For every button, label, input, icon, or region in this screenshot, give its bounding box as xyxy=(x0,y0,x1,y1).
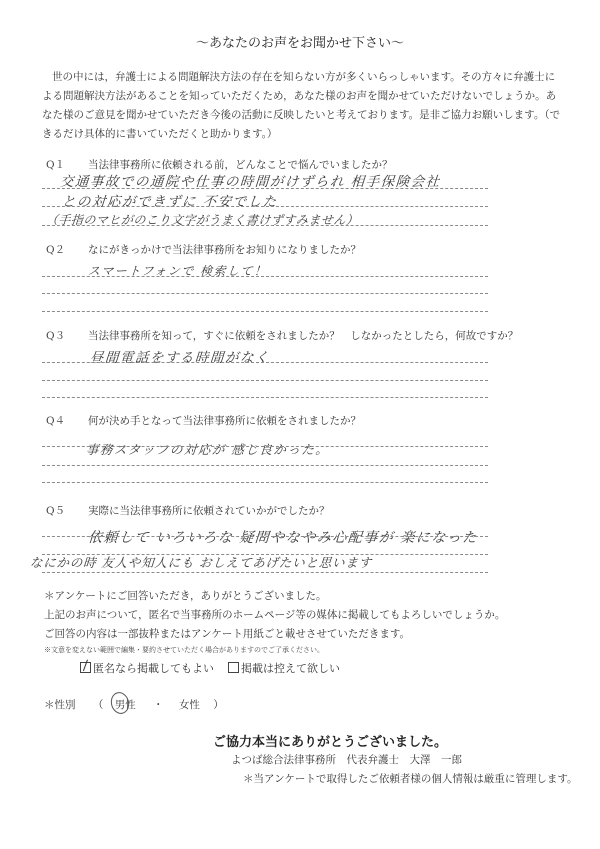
gender-option-male[interactable]: 男性 xyxy=(113,697,138,712)
q4-answer-rule-1 xyxy=(42,446,488,447)
checkbox-unchecked-icon[interactable] xyxy=(228,662,239,673)
q3-answer-rule-1 xyxy=(42,362,488,363)
q5-answer-line-1: 依頼して いろいろな 疑問やなやみ心配事が 楽になった xyxy=(87,527,478,547)
q4-answer-rule-2 xyxy=(42,465,488,466)
q4-number: Q４ xyxy=(46,413,65,428)
publish-option-decline[interactable]: 掲載は控えて欲しい xyxy=(228,660,340,676)
gender-option-male-label: 男性 xyxy=(115,697,136,712)
q3-text: 当法律事務所を知って，すぐに依頼をされましたか？ しなかったとしたら，何故ですか… xyxy=(88,328,518,343)
gender-open-paren: （ xyxy=(93,697,104,712)
firm-signature: よつば総合法律事務所 代表弁護士 大澤 一郎 xyxy=(231,752,462,767)
publish-option-anonymous-label: 匿名なら掲載してもよい xyxy=(93,662,214,675)
survey-title: 〜あなたのお声をお聞かせ下さい〜 xyxy=(0,32,600,51)
gender-separator: ・ xyxy=(153,697,164,712)
q1-answer-line-1: 交通事故での通院や仕事の時間がけずられ 相手保険会社 xyxy=(59,170,441,190)
q4-answer-line-1: 事務スタッフの対応が 感じ良かった。 xyxy=(85,440,330,458)
q1-answer-rule-3 xyxy=(42,225,488,226)
q4-answer-rule-3 xyxy=(42,482,488,483)
q2-answer-rule-1 xyxy=(42,276,488,277)
q5-text: 実際に当法律事務所に依頼されていかがでしたか？ xyxy=(88,503,330,518)
gender-option-female[interactable]: 女性 xyxy=(179,697,200,712)
q2-answer-rule-2 xyxy=(42,293,488,294)
closing-thanks: ご協力本当にありがとうございました。 xyxy=(213,731,447,750)
q1-answer-rule-1 xyxy=(42,188,488,189)
q3-answer-line-1: 昼間電話をする時間がなく xyxy=(89,346,270,366)
publish-question: 上記のお声について，匿名で当事務所のホームページ等の媒体に掲載してもよろしいでし… xyxy=(44,607,505,622)
q3-answer-rule-2 xyxy=(42,380,488,381)
gender-field: ＊性別 （ 男性 ・ 女性 ） xyxy=(44,697,224,712)
privacy-note: ＊当アンケートで取得したご依頼者様の個人情報は厳重に管理します。 xyxy=(243,771,578,786)
q3-answer-rule-3 xyxy=(42,397,488,398)
intro-paragraph: 世の中には，弁護士による問題解決方法の存在を知らない方が多くいらっしゃいます。そ… xyxy=(42,68,562,144)
gender-close-paren: ） xyxy=(213,697,224,712)
checkbox-checked-icon[interactable] xyxy=(80,662,91,673)
q2-number: Q２ xyxy=(46,242,65,257)
q5-answer-rule-1 xyxy=(42,536,488,537)
q5-number: Q５ xyxy=(46,503,65,518)
q5-answer-line-2: なにかの時 友人や知人にも おしえてあげたいと思います xyxy=(29,553,372,571)
q2-text: なにがきっかけで当法律事務所をお知りになりましたか？ xyxy=(88,242,361,257)
edit-note: ※文意を変えない範囲で編集・要約させていただく場合がありますのでご了承ください。 xyxy=(44,645,324,655)
publish-option-anonymous[interactable]: 匿名なら掲載してもよい xyxy=(80,660,214,676)
q1-answer-line-2: との対応ができずに 不安でした xyxy=(61,190,278,210)
q4-text: 何が決め手となって当法律事務所に依頼をされましたか？ xyxy=(88,413,361,428)
excerpt-note: ご回答の内容は一部抜粋またはアンケート用紙ごと載せさせていただきます。 xyxy=(44,626,410,641)
gender-label: ＊性別 xyxy=(44,697,76,712)
q1-answer-rule-2 xyxy=(42,206,488,207)
publish-option-decline-label: 掲載は控えて欲しい xyxy=(241,662,340,675)
q2-answer-rule-3 xyxy=(42,311,488,312)
survey-thanks-note: ＊アンケートにご回答いただき，ありがとうございました。 xyxy=(44,588,326,603)
q5-answer-rule-3 xyxy=(42,572,488,573)
q3-number: Q３ xyxy=(46,328,65,343)
